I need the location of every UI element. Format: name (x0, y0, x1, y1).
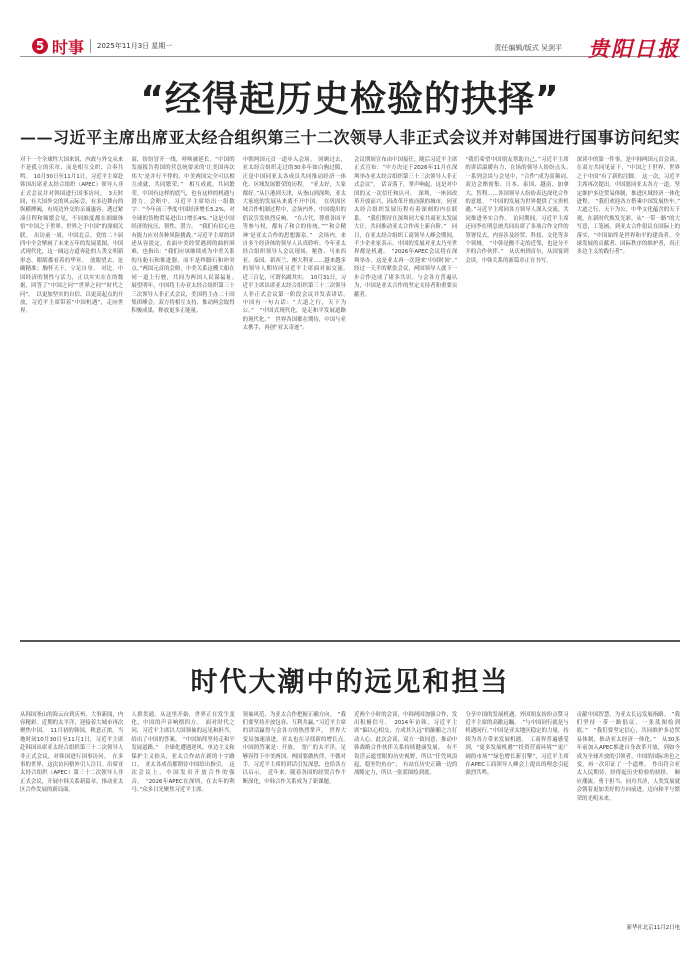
issue-date: 2025年11月3日 星期一 (97, 41, 172, 51)
editor-credit: 责任编辑/版式 吴剑平 (494, 43, 562, 53)
article1-column-5: “我们希望中国朋友帮助自己，”习近平主席的讲话温暖有力，在场的领导人纷纷点头。 … (465, 156, 568, 634)
article2-column-5: 分享中国的发展机遇，外国朋友纷纷点赞习近平主席的高瞻远瞩。 “与中国同行就是与机… (465, 711, 568, 921)
article2-column-1: 从韩国釜山的海云台到庆州，大事新闻，内容精彩。近期的太平洋，迎接着大城市再次聚焦… (20, 711, 123, 921)
page-number-badge: 5 (32, 38, 48, 54)
masthead-divider (90, 39, 91, 53)
article2-column-2: 人群贯通。从这里开始，世界正在发生变化，中国的声音响彻四方。 面对时代之问，习近… (131, 711, 234, 921)
section-title: 时事 (52, 35, 84, 58)
article2-column-6: 贡献中国智慧，为亚太长远发展指路。 “我们坚持一带一路倡议，一张蓝图绘到底。” … (577, 711, 680, 921)
article-divider (20, 640, 680, 642)
masthead: 5 时事 2025年11月3日 星期一 责任编辑/版式 吴剑平 贵阳日报 (20, 36, 680, 57)
article2-body: 从韩国釜山的海云台到庆州，大事新闻，内容精彩。近期的太平洋，迎接着大城市再次聚焦… (20, 711, 680, 921)
article2-column-3: 领袖风范，为亚太合作把握正确方向。 “我们要坚持开放包容、互利共赢。”习近平主席… (243, 711, 346, 921)
article1-column-3: 中朝两国元首一道步入会场。 回顾过去，亚太经合组织走过的30多年如白驹过隙，正是… (243, 156, 346, 634)
article1-body: 对于一个全球性大国来说，内政与外交从来不是孤立的乐章，而是相互交织、合奏共鸣。 … (20, 156, 680, 634)
article1-column-2: 商，纷纷冒开一线，呼唤被延长。“中国的发展报告将国的营总统要求的‘让美国再次伟大… (131, 156, 234, 634)
article1-subhead: ——习近平主席出席亚太经合组织第三十二次领导人非正式会议并对韩国进行国事访问纪实 (20, 125, 680, 148)
newspaper-page: 5 时事 2025年11月3日 星期一 责任编辑/版式 吴剑平 贵阳日报 “经得… (20, 36, 680, 931)
article1-headline: “经得起历史检验的抉择” (20, 79, 680, 121)
article1-column-4: 会议期间宣布由中国接任，随后习近平主席正式宣布：“中方决定于2026年11月在深… (354, 156, 457, 634)
article2-headline: 时代大潮中的远见和担当 (20, 660, 680, 699)
newspaper-logo: 贵阳日报 (588, 33, 680, 63)
article1-column-1: 对于一个全球性大国来说，内政与外交从来不是孤立的乐章，而是相互交织、合奏共鸣。 … (20, 156, 123, 634)
article1-column-6: 深读中的第一件事，是中韩两国元首会谈。在双方共同见证下，“中国之于世界，世界之于… (577, 156, 680, 634)
article2-column-4: 近两个小时的会谈，中韩两国加强合作，发出积极信号。 2014年访韩，习近平主席“… (354, 711, 457, 921)
article2-dateline: 新华社北京11月2日电 (20, 923, 680, 931)
